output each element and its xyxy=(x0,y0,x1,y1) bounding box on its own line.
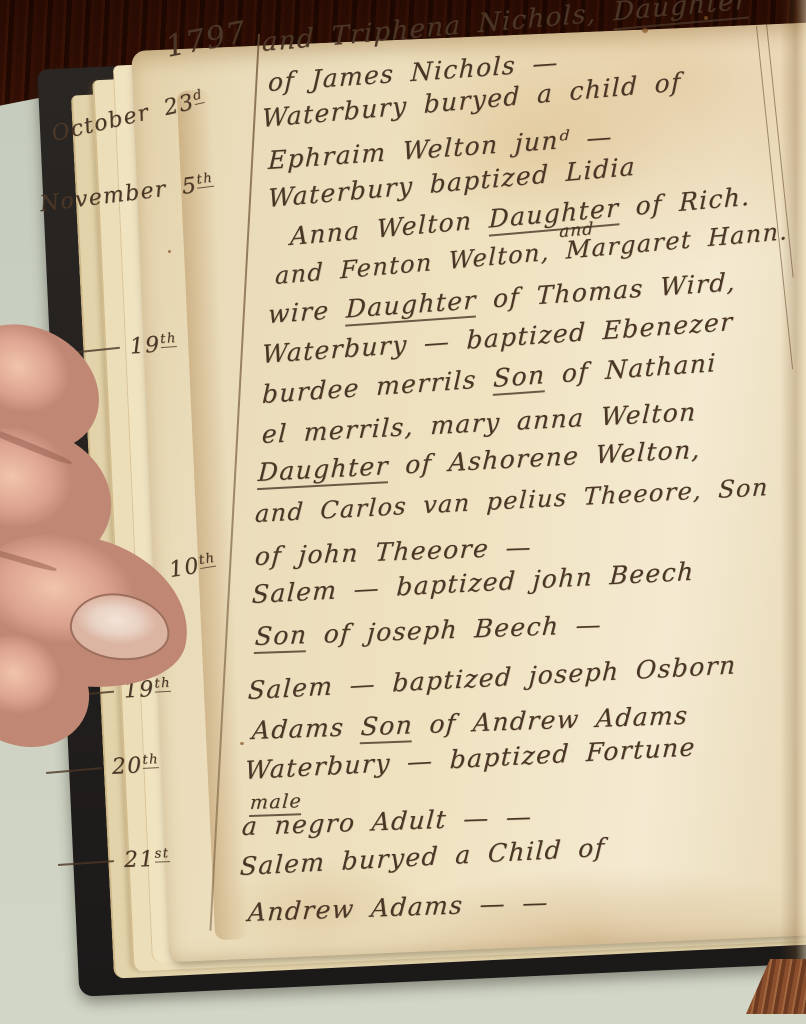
leader-dash xyxy=(58,860,114,865)
page-right-curl xyxy=(780,0,806,980)
margin-date: 21st xyxy=(58,846,170,875)
ink-speck xyxy=(240,742,244,745)
wood-corner-bottom-right xyxy=(746,959,806,1014)
ink-speck xyxy=(168,250,171,253)
inserted-word: and xyxy=(559,219,594,242)
ink-speck xyxy=(642,28,648,33)
leader-dash xyxy=(46,767,102,773)
photo-scene: 1797 and Triphena Nichols, Daughterof Ja… xyxy=(0,0,806,1024)
